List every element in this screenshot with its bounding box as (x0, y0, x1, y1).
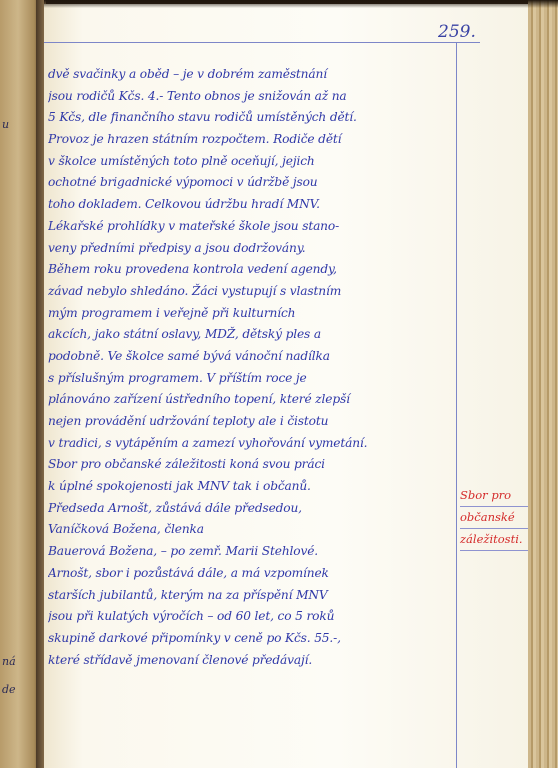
text-line: starších jubilantů, kterým na za příspěn… (48, 585, 458, 607)
margin-note: Sbor pro občanské záležitosti. (460, 485, 528, 551)
text-line: Sbor pro občanské záležitosti koná svou … (48, 454, 458, 476)
text-line: Předseda Arnošt, zůstává dále předsedou, (48, 498, 458, 520)
page-stack-edge (528, 0, 558, 768)
text-line: v školce umístěných toto plně oceňují, j… (48, 151, 458, 173)
text-line: Arnošt, sbor i pozůstává dále, a má vzpo… (48, 563, 458, 585)
text-line: závad nebylo shledáno. Žáci vystupují s … (48, 281, 458, 303)
margin-note-line: občanské (460, 507, 528, 529)
page-number: 259. (438, 22, 476, 42)
text-line: nejen provádění udržování teploty ale i … (48, 411, 458, 433)
text-line: akcích, jako státní oslavy, MDŽ, dětský … (48, 324, 458, 346)
text-line: s příslušným programem. V příštím roce j… (48, 368, 458, 390)
left-page-fragment: u (2, 118, 9, 131)
text-line: dvě svačinky a oběd – je v dobrém zaměst… (48, 64, 458, 86)
text-line: jsou při kulatých výročích – od 60 let, … (48, 606, 458, 628)
text-line: jsou rodičů Kčs. 4.- Tento obnos je sniž… (48, 86, 458, 108)
handwritten-text: dvě svačinky a oběd – je v dobrém zaměst… (48, 64, 458, 671)
text-line: plánováno zařízení ústředního topení, kt… (48, 389, 458, 411)
text-line: 5 Kčs, dle finančního stavu rodičů umíst… (48, 107, 458, 129)
text-line: k úplné spokojenosti jak MNV tak i občan… (48, 476, 458, 498)
text-line: podobně. Ve školce samé bývá vánoční nad… (48, 346, 458, 368)
left-page-fragment: ná (2, 655, 16, 668)
text-line: veny předními předpisy a jsou dodržovány… (48, 238, 458, 260)
margin-note-line: Sbor pro (460, 485, 528, 507)
margin-note-line: záležitosti. (460, 529, 528, 551)
text-line: toho dokladem. Celkovou údržbu hradí MNV… (48, 194, 458, 216)
header-rule (44, 42, 480, 43)
top-shadow (44, 0, 558, 8)
text-line: Bauerová Božena, – po zemř. Marii Stehlo… (48, 541, 458, 563)
left-page-edge: u ná de (0, 0, 40, 768)
left-page-fragment: de (2, 683, 16, 696)
text-line: Vaníčková Božena, členka (48, 519, 458, 541)
text-line: Provoz je hrazen státním rozpočtem. Rodi… (48, 129, 458, 151)
text-line: které střídavě jmenovaní členové předáva… (48, 650, 458, 672)
text-line: Lékařské prohlídky v mateřské škole jsou… (48, 216, 458, 238)
text-line: ochotné brigadnické výpomoci v údržbě js… (48, 172, 458, 194)
text-line: skupině darkové připomínky v ceně po Kčs… (48, 628, 458, 650)
text-line: Během roku provedena kontrola vedení age… (48, 259, 458, 281)
text-line: mým programem i veřejně při kulturních (48, 303, 458, 325)
text-line: v tradici, s vytápěním a zamezí vyhořová… (48, 433, 458, 455)
